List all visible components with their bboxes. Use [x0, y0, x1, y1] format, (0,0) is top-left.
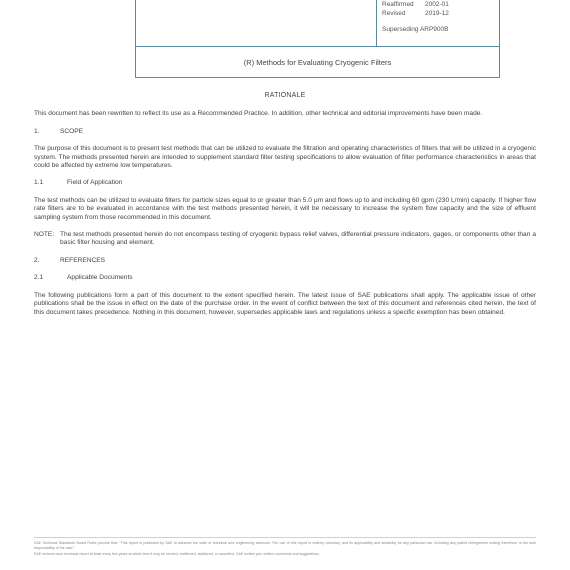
note-label: NOTE:: [34, 231, 60, 248]
section-number: 2.: [34, 257, 60, 265]
header-divider: [376, 0, 377, 46]
subsection-heading-field-of-application: 1.1 Field of Application: [34, 179, 536, 187]
footer-line-1: SAE Technical Standards Board Rules prov…: [34, 541, 536, 550]
subsection-title: Applicable Documents: [67, 274, 133, 282]
applicable-documents-text: The following publications form a part o…: [34, 292, 536, 317]
rationale-text: This document has been rewritten to refl…: [34, 110, 536, 118]
header-upper-section: Reaffirmed 2002-01 Revised 2019-12 Super…: [136, 0, 499, 47]
note-text: The test methods presented herein do not…: [60, 231, 536, 248]
subsection-heading-applicable-documents: 2.1 Applicable Documents: [34, 274, 536, 282]
subsection-number: 1.1: [34, 179, 67, 187]
meta-value: 2002-01: [425, 1, 449, 10]
document-meta: Reaffirmed 2002-01 Revised 2019-12 Super…: [382, 1, 449, 35]
document-title: (R) Methods for Evaluating Cryogenic Fil…: [136, 47, 499, 77]
superseding-note: Superseding ARP900B: [382, 26, 449, 35]
field-of-application-text: The test methods can be utilized to eval…: [34, 197, 536, 222]
document-body: RATIONALE This document has been rewritt…: [34, 92, 536, 326]
section-title: SCOPE: [60, 128, 83, 136]
section-title: REFERENCES: [60, 257, 105, 265]
meta-row-revised: Revised 2019-12: [382, 10, 449, 19]
meta-label: Revised: [382, 10, 425, 19]
meta-value: 2019-12: [425, 10, 449, 19]
footer-disclaimer: SAE Technical Standards Board Rules prov…: [34, 537, 536, 559]
rationale-heading: RATIONALE: [34, 92, 536, 100]
subsection-number: 2.1: [34, 274, 67, 282]
scope-text: The purpose of this document is to prese…: [34, 145, 536, 170]
header-title-fragment: [146, 0, 361, 2]
footer-line-2: SAE reviews each technical report at lea…: [34, 552, 536, 557]
section-number: 1.: [34, 128, 60, 136]
section-heading-references: 2. REFERENCES: [34, 257, 536, 265]
document-header-box: Reaffirmed 2002-01 Revised 2019-12 Super…: [135, 0, 500, 78]
meta-label: Reaffirmed: [382, 1, 425, 10]
section-heading-scope: 1. SCOPE: [34, 128, 536, 136]
note: NOTE: The test methods presented herein …: [34, 231, 536, 248]
top-left-logo-fragment: [36, 0, 106, 4]
meta-row-reaffirmed: Reaffirmed 2002-01: [382, 1, 449, 10]
subsection-title: Field of Application: [67, 179, 122, 187]
